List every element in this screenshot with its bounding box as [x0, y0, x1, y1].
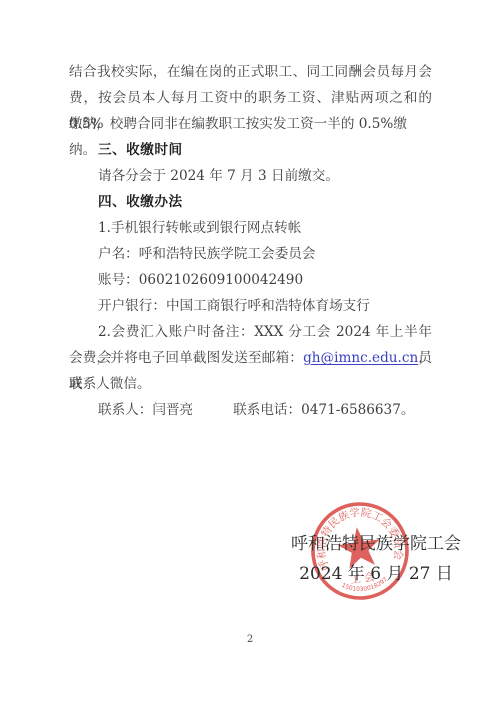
section-heading-collection-time: 三、收缴时间 — [69, 137, 432, 163]
account-number-line: 账号：0602102609100042490 — [69, 267, 432, 293]
document-page: 结合我校实际，在编在岗的正式职工、同工同酬会员每月会 费，按会员本人每月工资中的… — [0, 0, 500, 707]
wechat-line: 联系人微信。 — [69, 371, 432, 397]
document-body: 结合我校实际，在编在岗的正式职工、同工同酬会员每月会 费，按会员本人每月工资中的… — [69, 59, 432, 423]
method-2-line: 2.会费汇入账户时备注：XXX 分工会 2024 年上半年会员 — [69, 319, 432, 345]
bank-line: 开户银行：中国工商银行呼和浩特体育场支行 — [69, 293, 432, 319]
signature-date: 2024 年 6 月 27 日 — [283, 559, 469, 589]
paragraph-line: 费，按会员本人每月工资中的职务工资、津贴两项之和的 0.5% — [69, 85, 432, 111]
deadline-line: 请各分会于 2024 年 7 月 3 日前缴交。 — [69, 163, 432, 189]
contact-phone: 联系电话：0471-6586637。 — [233, 402, 414, 418]
contact-person: 联系人：闫晋亮 — [98, 402, 193, 418]
email-line: 会费，并将电子回单截图发送至邮箱：gh@imnc.edu.cn，或 — [69, 345, 432, 371]
paragraph-line: 缴纳，校聘合同非在编教职工按实发工资一半的 0.5%缴纳。 — [69, 111, 432, 137]
contact-line: 联系人：闫晋亮联系电话：0471-6586637。 — [69, 397, 432, 423]
paragraph-line: 结合我校实际，在编在岗的正式职工、同工同酬会员每月会 — [69, 59, 432, 85]
method-1-line: 1.手机银行转帐或到银行网点转帐 — [69, 215, 432, 241]
email-line-prefix: 会费，并将电子回单截图发送至邮箱： — [69, 350, 303, 366]
signature-organization: 呼和浩特民族学院工会 — [283, 529, 469, 559]
account-name-line: 户名：呼和浩特民族学院工会委员会 — [69, 241, 432, 267]
email-link[interactable]: gh@imnc.edu.cn — [303, 350, 418, 366]
page-number: 2 — [0, 634, 500, 645]
signature-block: 呼和浩特民族学院工会 2024 年 6 月 27 日 — [283, 529, 469, 589]
section-heading-collection-method: 四、收缴办法 — [69, 189, 432, 215]
